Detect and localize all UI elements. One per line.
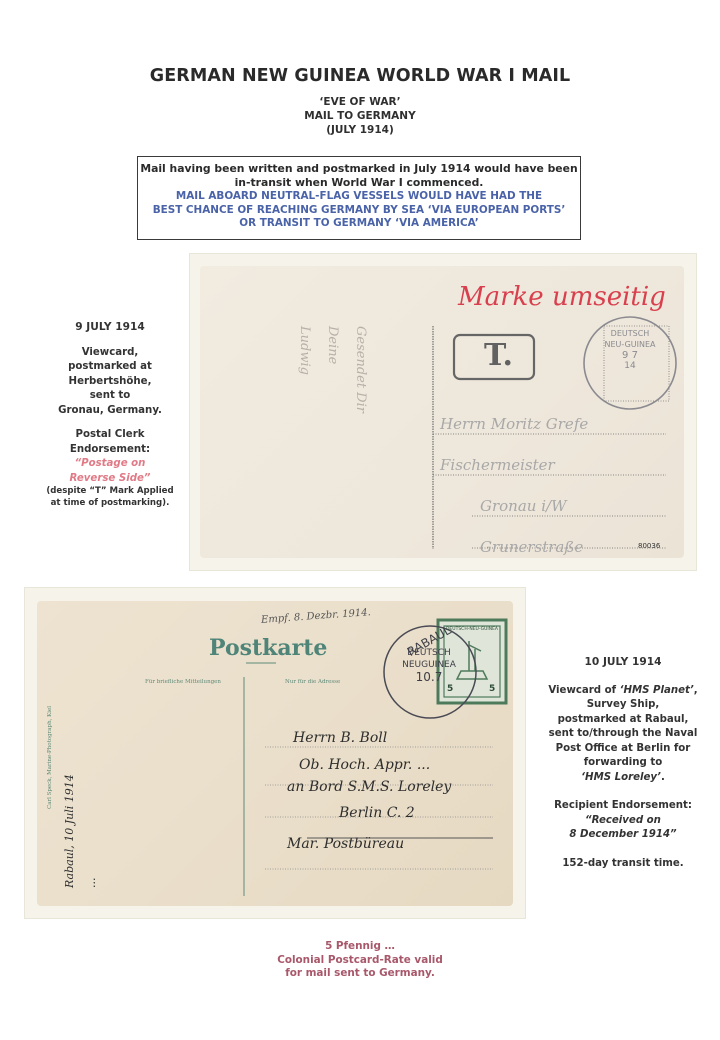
item-1-endorse-label: Postal Clerk bbox=[22, 428, 198, 443]
item-1-desc-line: postmarked at bbox=[22, 360, 198, 375]
item-1-desc-line: Herbertshöhe, bbox=[22, 375, 198, 390]
item-1-desc-line: sent to bbox=[22, 389, 198, 404]
item-1-desc-line: Viewcard, bbox=[22, 346, 198, 361]
info-blue-line-1: MAIL ABOARD NEUTRAL-FLAG VESSELS WOULD H… bbox=[138, 190, 580, 204]
item-2-endorse-label: Recipient Endorsement: bbox=[526, 799, 720, 814]
message-line: ... bbox=[81, 693, 103, 888]
footer-rate-note: 5 Pfennig … Colonial Postcard-Rate valid… bbox=[0, 940, 720, 981]
cancel-text: NEU-GUINEA bbox=[590, 339, 670, 350]
publisher-imprint: Carl Speck, Marine-Photograph, Kiel bbox=[47, 706, 53, 809]
cancel-date: 10.7 bbox=[389, 671, 469, 683]
item-1-note: (despite “T” Mark Applied bbox=[22, 486, 198, 498]
address-line: an Bord S.M.S. Loreley bbox=[287, 776, 451, 798]
item-1-date: 9 JULY 1914 bbox=[22, 320, 198, 335]
red-endorsement: Marke umseitig bbox=[458, 282, 666, 312]
item-1-endorse-quote: Reverse Side” bbox=[22, 472, 198, 487]
item-2-desc-line: postmarked at Rabaul, bbox=[526, 713, 720, 728]
address-line: Mar. Postbüreau bbox=[287, 829, 451, 860]
item-1-endorse-quote: “Postage on bbox=[22, 457, 198, 472]
rabaul-cancel: RABAUL DEUTSCH NEUGUINEA 10.7 bbox=[389, 635, 469, 683]
left-section-label: Für briefliche Mitteilungen bbox=[145, 679, 221, 685]
postcard-1-message: Gesendet Dir Deine Ludwig bbox=[290, 326, 374, 536]
stamp-value-right: 5 bbox=[489, 684, 495, 694]
ship-name-loreley: ‘HMS Loreley’ bbox=[581, 772, 661, 783]
message-line: Gesendet Dir bbox=[346, 326, 374, 536]
item-2-endorse-quote: “Received on bbox=[526, 814, 720, 829]
t-tax-mark: T. bbox=[484, 338, 513, 373]
page-title: GERMAN NEW GUINEA WORLD WAR I MAIL bbox=[0, 66, 720, 86]
message-line: Deine bbox=[318, 326, 346, 536]
message-line: Rabaul, 10 Juli 1914 bbox=[59, 693, 81, 888]
info-line-2: in-transit when World War I commenced. bbox=[138, 176, 580, 190]
item-2-desc-line: sent to/through the Naval bbox=[526, 727, 720, 742]
item-1-description: 9 JULY 1914 Viewcard, postmarked at Herb… bbox=[22, 320, 198, 509]
item-2-endorse-quote: 8 December 1914” bbox=[526, 828, 720, 843]
address-line: Gronau i/W bbox=[440, 486, 588, 527]
postkarte-title: Postkarte bbox=[209, 635, 327, 661]
item-2-desc-line: Survey Ship, bbox=[526, 698, 720, 713]
item-2-ship-loreley: ‘HMS Loreley’. bbox=[526, 771, 720, 786]
address-line: Grunerstraße bbox=[440, 527, 588, 568]
item-2-desc-line: Post Office at Berlin for bbox=[526, 742, 720, 757]
item-1-note: at time of postmarking). bbox=[22, 498, 198, 510]
address-line: Berlin C. 2 bbox=[287, 798, 451, 829]
item-2-desc-line: forwarding to bbox=[526, 756, 720, 771]
stamp-value-left: 5 bbox=[447, 684, 453, 694]
herbertshohe-cancel: DEUTSCH NEU-GUINEA 9 7 14 bbox=[590, 328, 670, 372]
item-1-desc-line: Gronau, Germany. bbox=[22, 404, 198, 419]
address-line: Fischermeister bbox=[440, 445, 588, 486]
footer-line: Colonial Postcard-Rate valid bbox=[0, 954, 720, 968]
postcard-1-herbertshohe: T. Marke umseitig DEUTSCH NEU-GUINEA 9 7… bbox=[200, 266, 684, 558]
footer-line: for mail sent to Germany. bbox=[0, 967, 720, 981]
item-2-transit-time: 152-day transit time. bbox=[526, 857, 720, 872]
info-line-1: Mail having been written and postmarked … bbox=[138, 162, 580, 176]
message-line: Ludwig bbox=[290, 326, 318, 536]
subtitle-mail-to-germany: MAIL TO GERMANY bbox=[0, 110, 720, 122]
address-line: Ob. Hoch. Appr. ... bbox=[287, 754, 451, 776]
address-line: Herrn Moritz Grefe bbox=[440, 404, 588, 445]
postcard-2-rabaul: DEUTSCH-NEU-GUINEA 5 5 RABAUL DEUTSCH NE… bbox=[37, 601, 513, 906]
item-2-desc-title: Viewcard of ‘HMS Planet’, bbox=[526, 684, 720, 699]
cancel-text: DEUTSCH bbox=[590, 328, 670, 339]
postcard-2-message: Rabaul, 10 Juli 1914 ... bbox=[59, 693, 103, 888]
subtitle-eve-of-war: ‘EVE OF WAR’ bbox=[0, 96, 720, 108]
item-1-endorse-label: Endorsement: bbox=[22, 443, 198, 458]
postcard-1-address: Herrn Moritz Grefe Fischermeister Gronau… bbox=[440, 404, 588, 568]
right-section-label: Nur für die Adresse bbox=[285, 679, 340, 685]
footer-line: 5 Pfennig … bbox=[0, 940, 720, 954]
cancel-year: 14 bbox=[590, 361, 670, 372]
cancel-date: 9 7 bbox=[590, 350, 670, 361]
info-blue-line-2: BEST CHANCE OF REACHING GERMANY BY SEA ‘… bbox=[138, 204, 580, 218]
info-box: Mail having been written and postmarked … bbox=[137, 156, 581, 240]
subtitle-date: (JULY 1914) bbox=[0, 124, 720, 136]
item-2-date: 10 JULY 1914 bbox=[526, 655, 720, 670]
address-line: Herrn B. Boll bbox=[287, 723, 451, 754]
item-2-description: 10 JULY 1914 Viewcard of ‘HMS Planet’, S… bbox=[526, 655, 720, 871]
info-blue-line-3: OR TRANSIT TO GERMANY ‘VIA AMERICA’ bbox=[138, 217, 580, 231]
catalog-number: 80036 bbox=[638, 542, 660, 550]
ship-name-planet: ‘HMS Planet’ bbox=[620, 685, 694, 696]
postcard-2-address: Herrn B. Boll Ob. Hoch. Appr. ... an Bor… bbox=[287, 723, 451, 860]
desc-prefix: Viewcard of bbox=[548, 685, 619, 696]
